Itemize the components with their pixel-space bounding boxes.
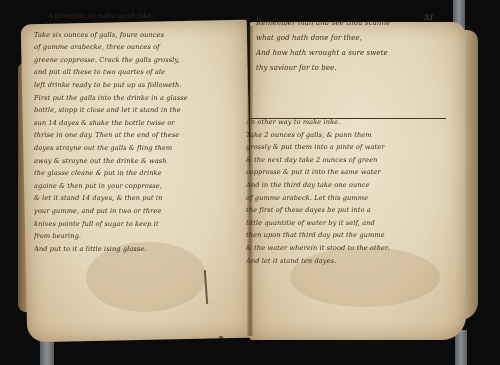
text-line: And put to it a little ising glasse. (34, 243, 229, 256)
text-line: againe & then put in your copprosse, (34, 180, 229, 193)
text-line: Take six ounces of galls, foure ounces (34, 29, 229, 42)
text-line: First put the galls into the drinke in a… (34, 92, 229, 105)
verse-line: And how hath wrought a sure swete (246, 46, 446, 61)
verse-line: Remember man and see thou scanne (246, 16, 446, 31)
text-line: and put all these to two quartes of ale (34, 66, 229, 79)
text-line: sun 14 dayes & shake the bottle twise or (34, 117, 229, 130)
text-line: knives pointe full of sugar to keep it (34, 218, 229, 231)
verse-block: Remember man and see thou scanne what go… (246, 16, 446, 76)
verse-line: thy saviour for to bee. (246, 61, 446, 76)
right-page-text: Remember man and see thou scanne what go… (246, 16, 446, 267)
text-line: And in the third day take one ounce (246, 179, 446, 192)
verse-line: what god hath done for thee, (246, 31, 446, 46)
text-line: the glasse cleane & put in the drinke (34, 167, 229, 180)
text-line: left drinke ready to be put up as follow… (34, 79, 229, 92)
text-line: away & strayne out the drinke & wash (34, 155, 229, 168)
text-line: of gumme arabecke, three ounces of (34, 41, 229, 54)
text-line: And let it stand ten dayes. (246, 255, 446, 268)
text-line: your gumme, and put in two or three (34, 205, 229, 218)
text-line: bottle, stopp it close and let it stand … (34, 104, 229, 117)
text-line: copprosse & put it into the same water (246, 166, 446, 179)
text-line: from bearing. (34, 230, 229, 243)
text-line: thrise in one day. Then at the end of th… (34, 129, 229, 142)
text-line: Take 2 ounces of galls, & punn them (246, 129, 446, 142)
section-divider (250, 118, 446, 119)
text-line: dayes strayne out the galls & fling them (34, 142, 229, 155)
text-line: of gumme arabeck. Let this gumme (246, 192, 446, 205)
recipe-heading: A direction to make good inke. (34, 10, 229, 23)
text-line: & the next day take 2 ounces of green (246, 154, 446, 167)
text-line: greene copprosse. Crack the galls grossl… (34, 54, 229, 67)
ink-blot (219, 336, 223, 339)
text-line: & let it stand 14 dayes, & then put in (34, 192, 229, 205)
left-page-text: A direction to make good inke. Take six … (34, 10, 229, 255)
text-line: & the water wherein it stood to the othe… (246, 242, 446, 255)
text-line: the first of these dayes be put into a (246, 204, 446, 217)
text-line: then upon that third day put the gumme (246, 229, 446, 242)
text-line: little quantitie of water by it self, an… (246, 217, 446, 230)
text-line: grossly & put them into a pinte of water (246, 141, 446, 154)
